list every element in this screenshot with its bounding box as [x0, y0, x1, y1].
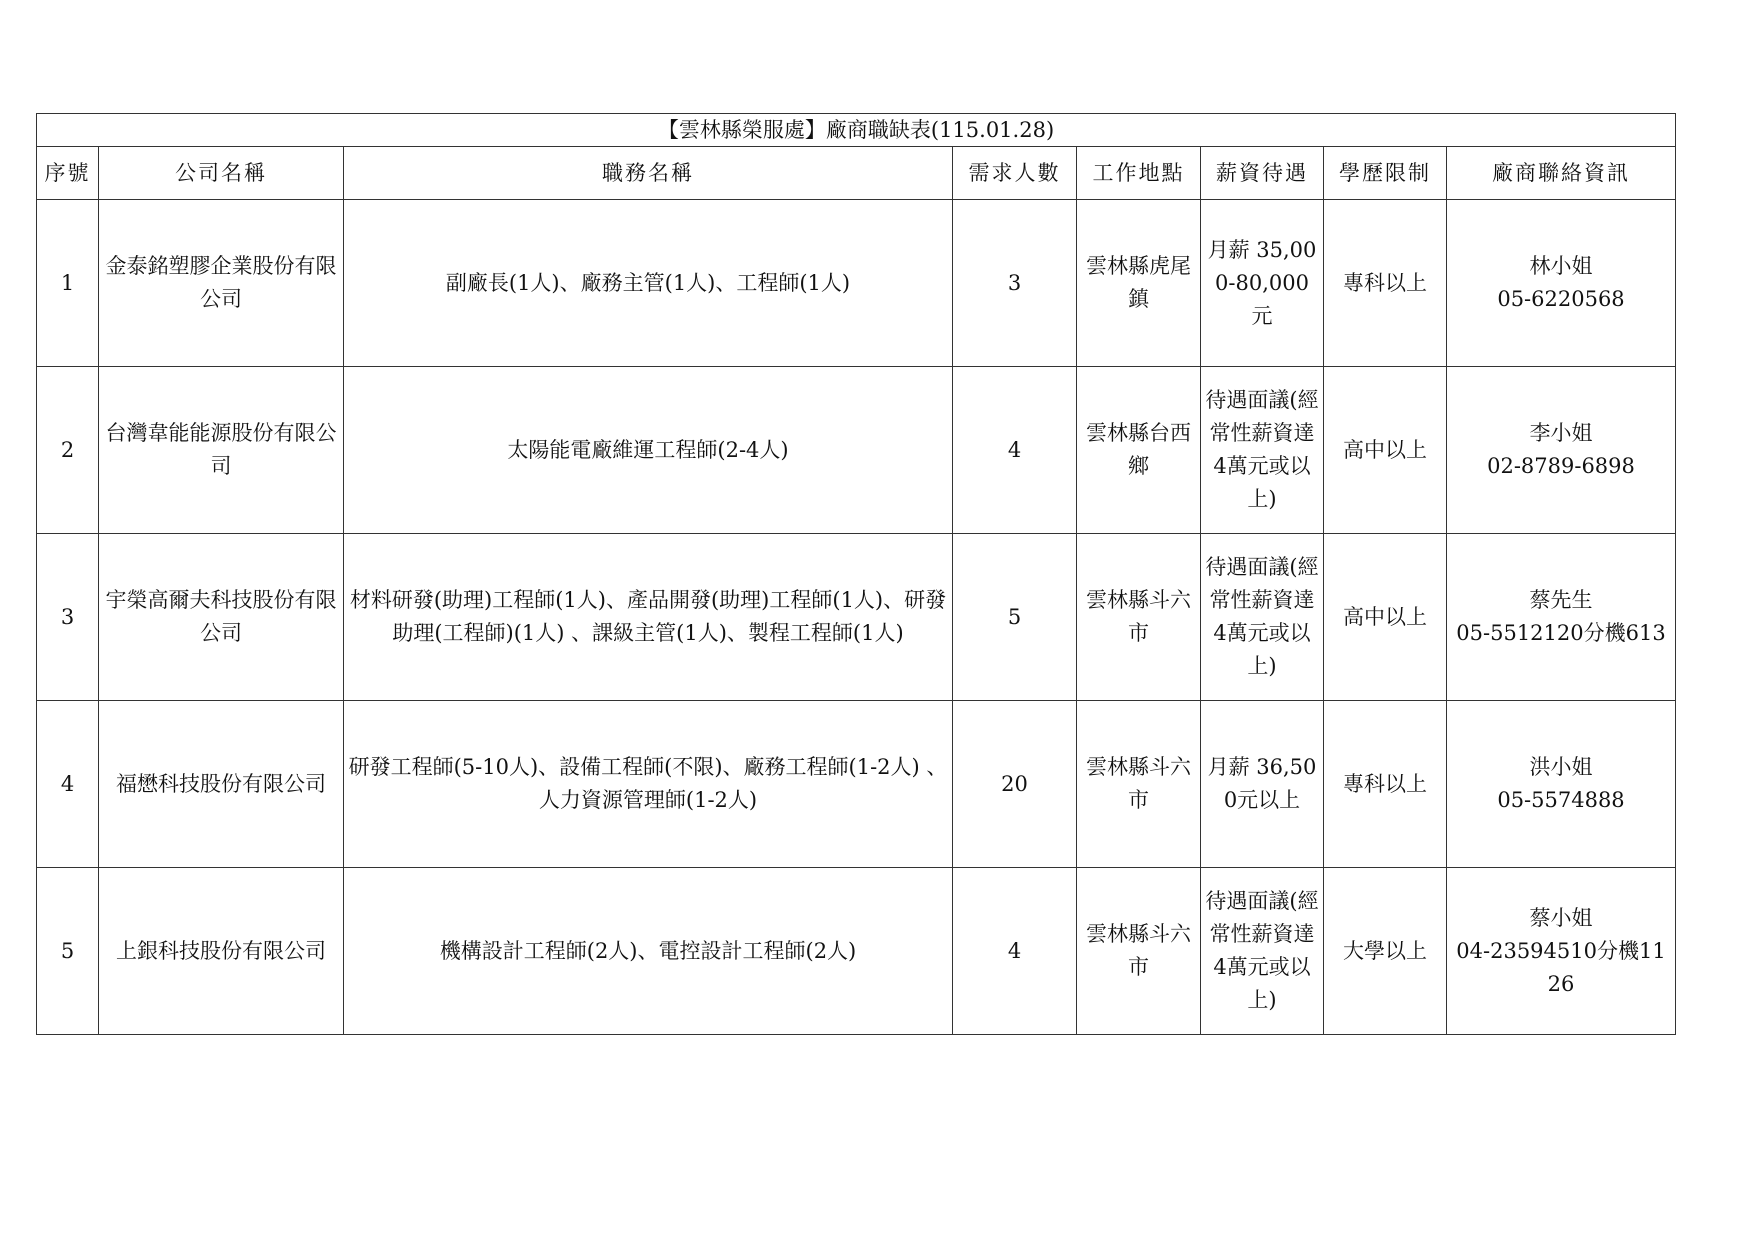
salary: 待遇面議(經常性薪資達 4萬元或以上) [1201, 367, 1324, 534]
contact-name: 蔡小姐 [1451, 902, 1671, 935]
contact-name: 林小姐 [1451, 250, 1671, 283]
salary: 待遇面議(經常性薪資達 4萬元或以上) [1201, 534, 1324, 701]
education: 高中以上 [1324, 367, 1447, 534]
row-no: 2 [37, 367, 99, 534]
salary: 月薪 36,500元以上 [1201, 701, 1324, 868]
salary: 月薪 35,000-80,000元 [1201, 200, 1324, 367]
table-row: 5 上銀科技股份有限公司 機構設計工程師(2人)、電控設計工程師(2人) 4 雲… [37, 868, 1676, 1035]
col-header-contact: 廠商聯絡資訊 [1447, 147, 1676, 200]
col-header-headcount: 需求人數 [953, 147, 1077, 200]
headcount: 3 [953, 200, 1077, 367]
job-titles: 太陽能電廠維運工程師(2-4人) [344, 367, 953, 534]
job-titles: 機構設計工程師(2人)、電控設計工程師(2人) [344, 868, 953, 1035]
row-no: 3 [37, 534, 99, 701]
company-name: 宇榮高爾夫科技股份有限公司 [99, 534, 344, 701]
contact: 林小姐 05-6220568 [1447, 200, 1676, 367]
table-row: 2 台灣韋能能源股份有限公司 太陽能電廠維運工程師(2-4人) 4 雲林縣台西鄉… [37, 367, 1676, 534]
job-titles: 研發工程師(5-10人)、設備工程師(不限)、廠務工程師(1-2人) 、人力資源… [344, 701, 953, 868]
col-header-location: 工作地點 [1077, 147, 1201, 200]
company-name: 台灣韋能能源股份有限公司 [99, 367, 344, 534]
col-header-jobs: 職務名稱 [344, 147, 953, 200]
salary: 待遇面議(經常性薪資達 4萬元或以上) [1201, 868, 1324, 1035]
company-name: 上銀科技股份有限公司 [99, 868, 344, 1035]
job-vacancy-table: 【雲林縣榮服處】廠商職缺表(115.01.28) 序號 公司名稱 職務名稱 需求… [36, 113, 1676, 1035]
row-no: 1 [37, 200, 99, 367]
col-header-company: 公司名稱 [99, 147, 344, 200]
location: 雲林縣斗六市 [1077, 701, 1201, 868]
row-no: 4 [37, 701, 99, 868]
contact: 蔡小姐 04-23594510分機1126 [1447, 868, 1676, 1035]
location: 雲林縣斗六市 [1077, 868, 1201, 1035]
location: 雲林縣虎尾鎮 [1077, 200, 1201, 367]
job-titles: 副廠長(1人)、廠務主管(1人)、工程師(1人) [344, 200, 953, 367]
headcount: 4 [953, 367, 1077, 534]
contact-name: 洪小姐 [1451, 751, 1671, 784]
location: 雲林縣台西鄉 [1077, 367, 1201, 534]
contact-phone: 05-5512120分機613 [1451, 617, 1671, 650]
company-name: 金泰銘塑膠企業股份有限公司 [99, 200, 344, 367]
contact-name: 蔡先生 [1451, 584, 1671, 617]
headcount: 5 [953, 534, 1077, 701]
contact-phone: 02-8789-6898 [1451, 450, 1671, 483]
contact: 蔡先生 05-5512120分機613 [1447, 534, 1676, 701]
headcount: 20 [953, 701, 1077, 868]
education: 高中以上 [1324, 534, 1447, 701]
col-header-salary: 薪資待遇 [1201, 147, 1324, 200]
contact: 洪小姐 05-5574888 [1447, 701, 1676, 868]
contact-phone: 05-6220568 [1451, 283, 1671, 316]
contact-phone: 05-5574888 [1451, 784, 1671, 817]
row-no: 5 [37, 868, 99, 1035]
table-row: 1 金泰銘塑膠企業股份有限公司 副廠長(1人)、廠務主管(1人)、工程師(1人)… [37, 200, 1676, 367]
education: 專科以上 [1324, 701, 1447, 868]
title-row: 【雲林縣榮服處】廠商職缺表(115.01.28) [37, 114, 1676, 147]
headcount: 4 [953, 868, 1077, 1035]
contact-name: 李小姐 [1451, 417, 1671, 450]
contact-phone: 04-23594510分機1126 [1451, 935, 1671, 1001]
table-title: 【雲林縣榮服處】廠商職缺表(115.01.28) [37, 114, 1676, 147]
education: 大學以上 [1324, 868, 1447, 1035]
company-name: 福懋科技股份有限公司 [99, 701, 344, 868]
table-row: 4 福懋科技股份有限公司 研發工程師(5-10人)、設備工程師(不限)、廠務工程… [37, 701, 1676, 868]
contact: 李小姐 02-8789-6898 [1447, 367, 1676, 534]
location: 雲林縣斗六市 [1077, 534, 1201, 701]
col-header-education: 學歷限制 [1324, 147, 1447, 200]
header-row: 序號 公司名稱 職務名稱 需求人數 工作地點 薪資待遇 學歷限制 廠商聯絡資訊 [37, 147, 1676, 200]
job-titles: 材料研發(助理)工程師(1人)、產品開發(助理)工程師(1人)、研發助理(工程師… [344, 534, 953, 701]
education: 專科以上 [1324, 200, 1447, 367]
col-header-no: 序號 [37, 147, 99, 200]
table-row: 3 宇榮高爾夫科技股份有限公司 材料研發(助理)工程師(1人)、產品開發(助理)… [37, 534, 1676, 701]
